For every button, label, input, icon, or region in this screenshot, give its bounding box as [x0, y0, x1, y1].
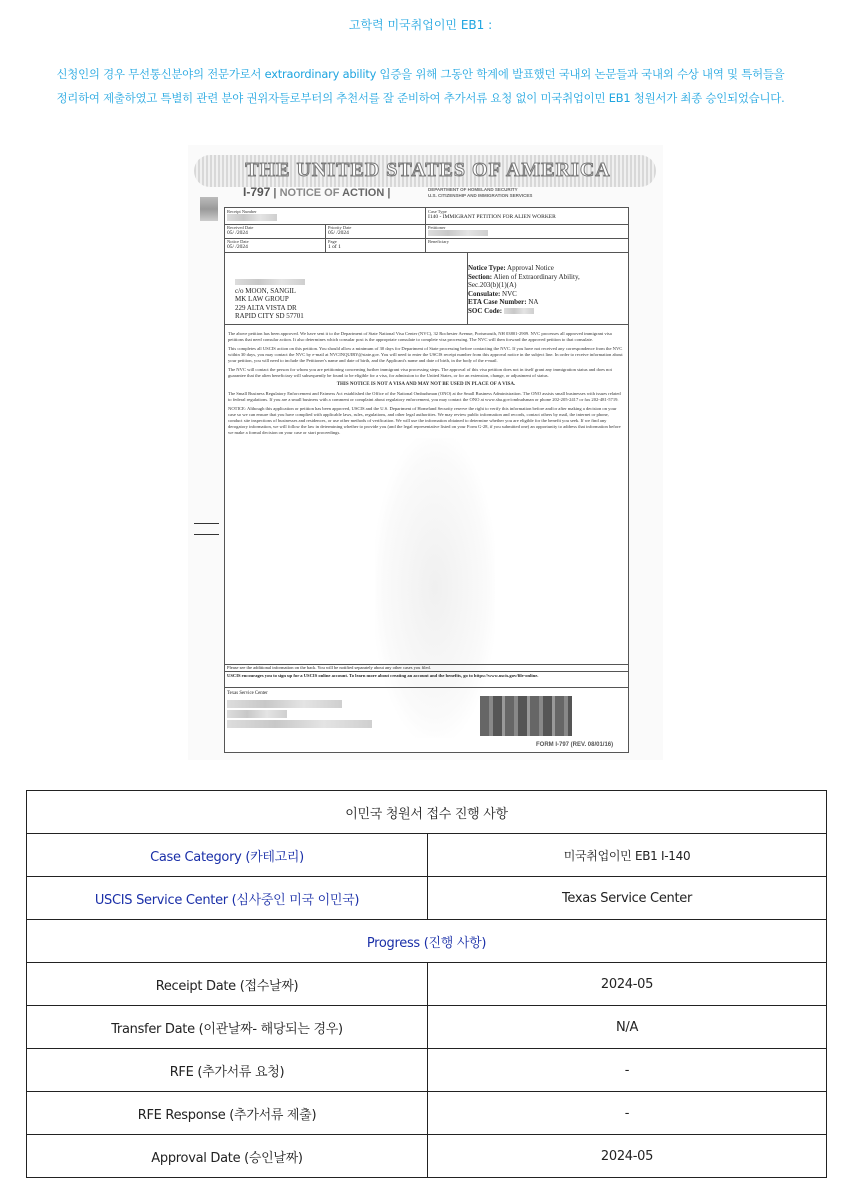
table-row: Receipt Date (접수날짜) 2024-05 — [27, 963, 827, 1006]
case-type-cell: Case Type I140 - IMMIGRANT PETITION FOR … — [426, 208, 627, 224]
rfe-value: - — [428, 1049, 827, 1092]
redacted-petitioner — [428, 230, 488, 236]
notice-paragraph: The NVC will contact the person for whom… — [228, 367, 624, 379]
address-line: 229 ALTA VISTA DR — [235, 304, 305, 313]
section-value-2: Sec.203(b)(1)(A) — [468, 281, 580, 290]
notice-of: NOTICE OF — [280, 187, 340, 199]
service-center-label: USCIS Service Center (심사중인 미국 이민국) — [27, 877, 428, 920]
case-category-value: 미국취업이민 EB1 I-140 — [428, 834, 827, 877]
action-word: ACTION — [342, 187, 384, 199]
petition-status-table: 이민국 청원서 접수 진행 사항 Case Category (카테고리) 미국… — [26, 790, 827, 1178]
table-row: Case Category (카테고리) 미국취업이민 EB1 I-140 — [27, 834, 827, 877]
notice-paragraph: The Small Business Regulatory Enforcemen… — [228, 391, 624, 403]
i797-notice-image: THE UNITED STATES OF AMERICA I-797 | NOT… — [188, 145, 663, 760]
intro-title: 고학력 미국취업이민 EB1 : — [0, 16, 841, 33]
page-cell: Page 1 of 1 — [326, 238, 426, 252]
redacted-soc — [504, 308, 534, 314]
notice-paragraph: The above petition has been approved. We… — [228, 331, 624, 343]
approval-date-label: Approval Date (승인날짜) — [27, 1135, 428, 1178]
soc-label: SOC Code: — [468, 307, 502, 315]
dept-line-1: DEPARTMENT OF HOMELAND SECURITY — [428, 187, 532, 193]
notice-paragraph: NOTICE: Although this application or pet… — [228, 406, 624, 436]
table-title-row: 이민국 청원서 접수 진행 사항 — [27, 791, 827, 834]
section-label: Section: — [468, 273, 492, 281]
redacted-address — [227, 720, 372, 728]
beneficiary-cell: Beneficiary — [426, 238, 627, 252]
mailing-address: c/o MOON, SANGIL MK LAW GROUP 229 ALTA V… — [235, 278, 305, 321]
department-name: DEPARTMENT OF HOMELAND SECURITY U.S. CIT… — [428, 187, 532, 198]
redacted-address — [227, 710, 287, 718]
table-row: Transfer Date (이관날짜- 해당되는 경우) N/A — [27, 1006, 827, 1049]
receipt-number-cell: Receipt Number — [225, 208, 426, 224]
table-row: USCIS Service Center (심사중인 미국 이민국) Texas… — [27, 877, 827, 920]
intro-line-2: 정리하여 제출하였고 특별히 관련 분야 권위자들로부터의 추천서를 잘 준비하… — [0, 86, 841, 110]
table-row: RFE (추가서류 요청) - — [27, 1049, 827, 1092]
approval-date-value: 2024-05 — [428, 1135, 827, 1178]
side-double-line — [194, 523, 219, 535]
redacted-name — [235, 279, 305, 285]
not-a-visa-notice: THIS NOTICE IS NOT A VISA AND MAY NOT BE… — [228, 382, 624, 388]
petitioner-cell: Petitioner — [426, 224, 627, 238]
address-line: RAPID CITY SD 57701 — [235, 312, 305, 321]
notice-paragraph: This completes all USCIS action on this … — [228, 346, 624, 364]
service-center-value: Texas Service Center — [428, 877, 827, 920]
table-title: 이민국 청원서 접수 진행 사항 — [27, 791, 827, 834]
eta-label: ETA Case Number: — [468, 298, 527, 306]
priority-date-cell: Priority Date 05/ /2024 — [326, 224, 426, 238]
address-line: MK LAW GROUP — [235, 295, 305, 304]
eta-value: NA — [528, 298, 538, 306]
intro-line-1: 신청인의 경우 무선통신분야의 전문가로서 extraordinary abil… — [0, 62, 841, 86]
intro-paragraph: 신청인의 경우 무선통신분야의 전문가로서 extraordinary abil… — [0, 62, 841, 110]
notice-date-cell: Notice Date 05/ /2024 — [225, 238, 326, 252]
form-heading: I-797 | NOTICE OF ACTION | — [243, 185, 390, 199]
service-center-name: Texas Service Center — [227, 691, 268, 696]
form-number: I-797 — [243, 185, 270, 199]
table-row: RFE Response (추가서류 제출) - — [27, 1092, 827, 1135]
rfe-label: RFE (추가서류 요청) — [27, 1049, 428, 1092]
rfe-response-value: - — [428, 1092, 827, 1135]
notice-type-label: Notice Type: — [468, 264, 506, 272]
receipt-date-label: Receipt Date (접수날짜) — [27, 963, 428, 1006]
redacted-mark — [200, 197, 218, 221]
received-date-cell: Received Date 05/ /2024 — [225, 224, 326, 238]
rfe-response-label: RFE Response (추가서류 제출) — [27, 1092, 428, 1135]
transfer-date-label: Transfer Date (이관날짜- 해당되는 경우) — [27, 1006, 428, 1049]
case-category-label: Case Category (카테고리) — [27, 834, 428, 877]
footer-back-notice: Please see the additional information on… — [225, 664, 628, 672]
progress-label: Progress (진행 사항) — [27, 920, 827, 963]
banner-title: THE UNITED STATES OF AMERICA — [228, 159, 628, 182]
progress-header-row: Progress (진행 사항) — [27, 920, 827, 963]
consulate-label: Consulate: — [468, 290, 500, 298]
transfer-date-value: N/A — [428, 1006, 827, 1049]
consulate-value: NVC — [502, 290, 517, 298]
table-row: Approval Date (승인날짜) 2024-05 — [27, 1135, 827, 1178]
redacted-receipt — [227, 214, 277, 221]
notice-body: The above petition has been approved. We… — [228, 331, 624, 439]
footer-online-notice: USCIS encourages you to sign up for a US… — [227, 673, 623, 679]
dept-line-2: U.S. CITIZENSHIP AND IMMIGRATION SERVICE… — [428, 193, 532, 199]
form-revision: FORM I-797 (REV. 08/01/16) — [536, 742, 613, 748]
redacted-barcode — [480, 696, 572, 736]
section-value: Alien of Extraordinary Ability, — [493, 273, 579, 281]
address-line: c/o MOON, SANGIL — [235, 287, 305, 296]
notice-type-value: Approval Notice — [507, 264, 554, 272]
notice-frame: Receipt Number Case Type I140 - IMMIGRAN… — [224, 207, 629, 753]
redacted-address — [227, 700, 342, 708]
notice-type-block: Notice Type: Approval Notice Section: Al… — [468, 264, 580, 315]
receipt-date-value: 2024-05 — [428, 963, 827, 1006]
